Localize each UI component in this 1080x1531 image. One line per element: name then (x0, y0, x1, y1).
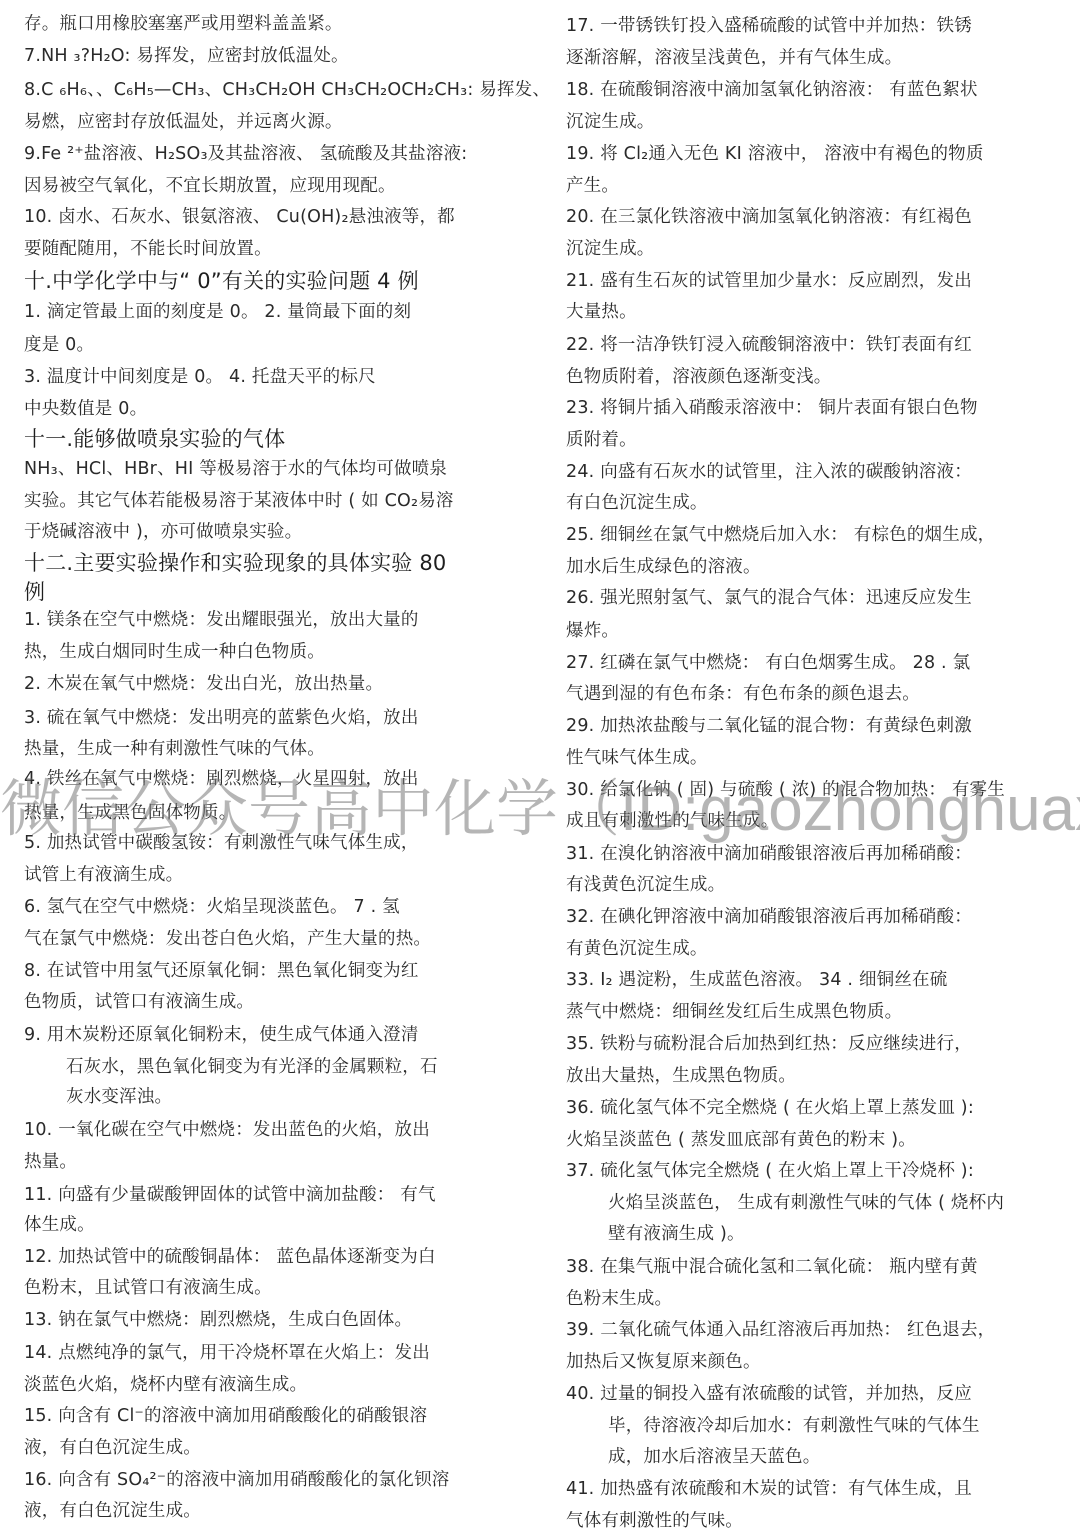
experiment-item-line: 质附着。 (566, 428, 637, 452)
experiment-item-line: 壁有液滴生成 )。 (608, 1222, 745, 1246)
experiment-item-line: 火焰呈淡蓝色 ( 蒸发皿底部有黄色的粉末 )。 (566, 1128, 916, 1152)
experiment-item-line: 色粉末，且试管口有液滴生成。 (24, 1276, 272, 1300)
experiment-item-line: 41. 加热盛有浓硫酸和木炭的试管：有气体生成，且 (566, 1477, 972, 1501)
text-line: 中央数值是 0。 (24, 397, 147, 421)
experiment-item-line: 36. 硫化氢气体不完全燃烧 ( 在火焰上罩上蒸发皿 ): (566, 1096, 974, 1120)
experiment-item-line: 加水后生成绿色的溶液。 (566, 555, 761, 579)
text-line: 度是 0。 (24, 333, 94, 357)
experiment-item-line: 灰水变浑浊。 (66, 1085, 172, 1109)
experiment-item-line: 热，生成白烟同时生成一种白色物质。 (24, 640, 325, 664)
experiment-item-line: 8. 在试管中用氢气还原氧化铜：黑色氧化铜变为红 (24, 959, 419, 983)
experiment-item-line: 有浅黄色沉淀生成。 (566, 873, 725, 897)
section-heading-11: 十一.能够做喷泉实验的气体 (24, 425, 285, 453)
experiment-item-line: 37. 硫化氢气体完全燃烧 ( 在火焰上罩上干冷烧杯 ): (566, 1159, 974, 1183)
text-line: 于烧碱溶液中 )，亦可做喷泉实验。 (24, 520, 302, 544)
text-line: 10. 卤水、石灰水、银氨溶液、 Cu(OH)₂悬浊液等，都 (24, 205, 455, 229)
text-line: 存。瓶口用橡胶塞塞严或用塑料盖盖紧。 (24, 12, 343, 36)
experiment-item-line: 色物质附着，溶液颜色逐渐变浅。 (566, 365, 832, 389)
experiment-item-line: 22. 将一洁净铁钉浸入硫酸铜溶液中：铁钉表面有红 (566, 333, 972, 357)
experiment-item-line: 气在氯气中燃烧：发出苍白色火焰，产生大量的热。 (24, 927, 431, 951)
text-line: 1. 滴定管最上面的刻度是 0。 2. 量筒最下面的刻 (24, 300, 411, 324)
experiment-item-line: 12. 加热试管中的硫酸铜晶体： 蓝色晶体逐渐变为白 (24, 1245, 436, 1269)
experiment-item-line: 25. 细铜丝在氯气中燃烧后加入水： 有棕色的烟生成， (566, 523, 995, 547)
experiment-item-line: 加热后又恢复原来颜色。 (566, 1350, 761, 1374)
experiment-item-line: 色粉末生成。 (566, 1287, 672, 1311)
text-line: 9.Fe ²⁺盐溶液、H₂SO₃及其盐溶液、 氢硫酸及其盐溶液: (24, 142, 467, 166)
experiment-item-line: 16. 向含有 SO₄²⁻的溶液中滴加用硝酸酸化的氯化钡溶 (24, 1468, 449, 1492)
experiment-item-line: 有黄色沉淀生成。 (566, 937, 708, 961)
experiment-item-line: 27. 红磷在氯气中燃烧： 有白色烟雾生成。 28 . 氯 (566, 651, 970, 675)
experiment-item-line: 13. 钠在氯气中燃烧：剧烈燃烧，生成白色固体。 (24, 1308, 412, 1332)
experiment-item-line: 39. 二氧化硫气体通入品红溶液后再加热： 红色退去， (566, 1318, 995, 1342)
experiment-item-line: 有白色沉淀生成。 (566, 491, 708, 515)
text-line: NH₃、HCl、HBr、HI 等极易溶于水的气体均可做喷泉 (24, 457, 447, 481)
experiment-item-line: 32. 在碘化钾溶液中滴加硝酸银溶液后再加稀硝酸： (566, 905, 972, 929)
experiment-item-line: 40. 过量的铜投入盛有浓硫酸的试管，并加热，反应 (566, 1382, 972, 1406)
experiment-item-line: 26. 强光照射氢气、氯气的混合气体：迅速反应发生 (566, 586, 972, 610)
experiment-item-line: 31. 在溴化钠溶液中滴加硝酸银溶液后再加稀硝酸： (566, 842, 972, 866)
experiment-item-line: 热量，生成黑色固体物质。 (24, 801, 236, 825)
experiment-item-line: 毕，待溶液冷却后加水：有刺激性气味的气体生 (608, 1414, 980, 1438)
experiment-item-line: 性气味气体生成。 (566, 746, 708, 770)
experiment-item-line: 6. 氢气在空气中燃烧：火焰呈现淡蓝色。 7 . 氢 (24, 895, 400, 919)
experiment-item-line: 1. 镁条在空气中燃烧：发出耀眼强光，放出大量的 (24, 608, 419, 632)
section-heading-10: 十.中学化学中与“ 0”有关的实验问题 4 例 (24, 267, 419, 295)
experiment-item-line: 爆炸。 (566, 619, 619, 643)
experiment-item-line: 30. 给氯化钠 ( 固) 与硫酸 ( 浓) 的混合物加热： 有雾生 (566, 778, 1005, 802)
experiment-item-line: 17. 一带锈铁钉投入盛稀硫酸的试管中并加热：铁锈 (566, 14, 972, 38)
experiment-item-line: 成，加水后溶液呈天蓝色。 (608, 1445, 820, 1469)
text-line: 3. 温度计中间刻度是 0。 4. 托盘天平的标尺 (24, 365, 376, 389)
experiment-item-line: 23. 将铜片插入硝酸汞溶液中： 铜片表面有银白色物 (566, 396, 978, 420)
experiment-item-line: 5. 加热试管中碳酸氢铵：有刺激性气味气体生成， (24, 831, 419, 855)
section-heading-12: 十二.主要实验操作和实验现象的具体实验 80 (24, 549, 446, 577)
text-line: 7.NH ₃?H₂O: 易挥发，应密封放低温处。 (24, 44, 349, 68)
experiment-item-line: 蒸气中燃烧：细铜丝发红后生成黑色物质。 (566, 1000, 902, 1024)
experiment-item-line: 成且有刺激性的气味生成。 (566, 809, 778, 833)
experiment-item-line: 热量。 (24, 1150, 77, 1174)
experiment-item-line: 大量热。 (566, 300, 637, 324)
experiment-item-line: 33. I₂ 遇淀粉，生成蓝色溶液。 34 . 细铜丝在硫 (566, 968, 947, 992)
experiment-item-line: 15. 向含有 Cl⁻的溶液中滴加用硝酸酸化的硝酸银溶 (24, 1404, 427, 1428)
experiment-item-line: 10. 一氧化碳在空气中燃烧：发出蓝色的火焰，放出 (24, 1118, 430, 1142)
experiment-item-line: 4. 铁丝在氧气中燃烧：剧烈燃烧，火星四射，放出 (24, 767, 419, 791)
experiment-item-line: 产生。 (566, 174, 619, 198)
experiment-item-line: 逐渐溶解，溶液呈浅黄色，并有气体生成。 (566, 46, 902, 70)
experiment-item-line: 35. 铁粉与硫粉混合后加热到红热：反应继续进行， (566, 1032, 972, 1056)
experiment-item-line: 气体有刺激性的气味。 (566, 1509, 743, 1531)
experiment-item-line: 放出大量热，生成黑色物质。 (566, 1064, 796, 1088)
section-heading-12-cont: 例 (24, 578, 45, 606)
experiment-item-line: 3. 硫在氧气中燃烧：发出明亮的蓝紫色火焰，放出 (24, 706, 419, 730)
experiment-item-line: 29. 加热浓盐酸与二氧化锰的混合物：有黄绿色刺激 (566, 714, 972, 738)
experiment-item-line: 21. 盛有生石灰的试管里加少量水：反应剧烈，发出 (566, 269, 972, 293)
experiment-item-line: 11. 向盛有少量碳酸钾固体的试管中滴加盐酸： 有气 (24, 1183, 436, 1207)
experiment-item-line: 体生成。 (24, 1213, 95, 1237)
experiment-item-line: 24. 向盛有石灰水的试管里，注入浓的碳酸钠溶液： (566, 460, 972, 484)
text-line: 要随配随用，不能长时间放置。 (24, 237, 272, 261)
experiment-item-line: 火焰呈淡蓝色， 生成有刺激性气味的气体 ( 烧杯内 (608, 1191, 1004, 1215)
experiment-item-line: 液，有白色沉淀生成。 (24, 1499, 201, 1523)
experiment-item-line: 14. 点燃纯净的氯气，用干冷烧杯罩在火焰上：发出 (24, 1341, 430, 1365)
experiment-item-line: 淡蓝色火焰，烧杯内壁有液滴生成。 (24, 1373, 307, 1397)
experiment-item-line: 色物质，试管口有液滴生成。 (24, 990, 254, 1014)
text-line: 实验。其它气体若能极易溶于某液体中时 ( 如 CO₂易溶 (24, 489, 454, 513)
experiment-item-line: 2. 木炭在氧气中燃烧：发出白光，放出热量。 (24, 672, 383, 696)
experiment-item-line: 9. 用木炭粉还原氧化铜粉末，使生成气体通入澄清 (24, 1023, 419, 1047)
experiment-item-line: 沉淀生成。 (566, 237, 655, 261)
experiment-item-line: 试管上有液滴生成。 (24, 863, 183, 887)
text-line: 8.C ₆H₆、、C₆H₅—CH₃、CH₃CH₂OH CH₃CH₂OCH₂CH₃… (24, 78, 550, 102)
experiment-item-line: 38. 在集气瓶中混合硫化氢和二氧化硫： 瓶内壁有黄 (566, 1255, 978, 1279)
experiment-item-line: 石灰水，黑色氧化铜变为有光泽的金属颗粒，石 (66, 1055, 438, 1079)
text-line: 易燃，应密封存放低温处，并远离火源。 (24, 110, 343, 134)
experiment-item-line: 热量，生成一种有刺激性气味的气体。 (24, 737, 325, 761)
experiment-item-line: 18. 在硫酸铜溶液中滴加氢氧化钠溶液： 有蓝色絮状 (566, 78, 978, 102)
experiment-item-line: 19. 将 Cl₂通入无色 KI 溶液中， 溶液中有褐色的物质 (566, 142, 984, 166)
experiment-item-line: 气遇到湿的有色布条：有色布条的颜色退去。 (566, 682, 920, 706)
experiment-item-line: 液，有白色沉淀生成。 (24, 1436, 201, 1460)
text-line: 因易被空气氧化，不宜长期放置，应现用现配。 (24, 174, 396, 198)
experiment-item-line: 20. 在三氯化铁溶液中滴加氢氧化钠溶液：有红褐色 (566, 205, 972, 229)
experiment-item-line: 沉淀生成。 (566, 110, 655, 134)
